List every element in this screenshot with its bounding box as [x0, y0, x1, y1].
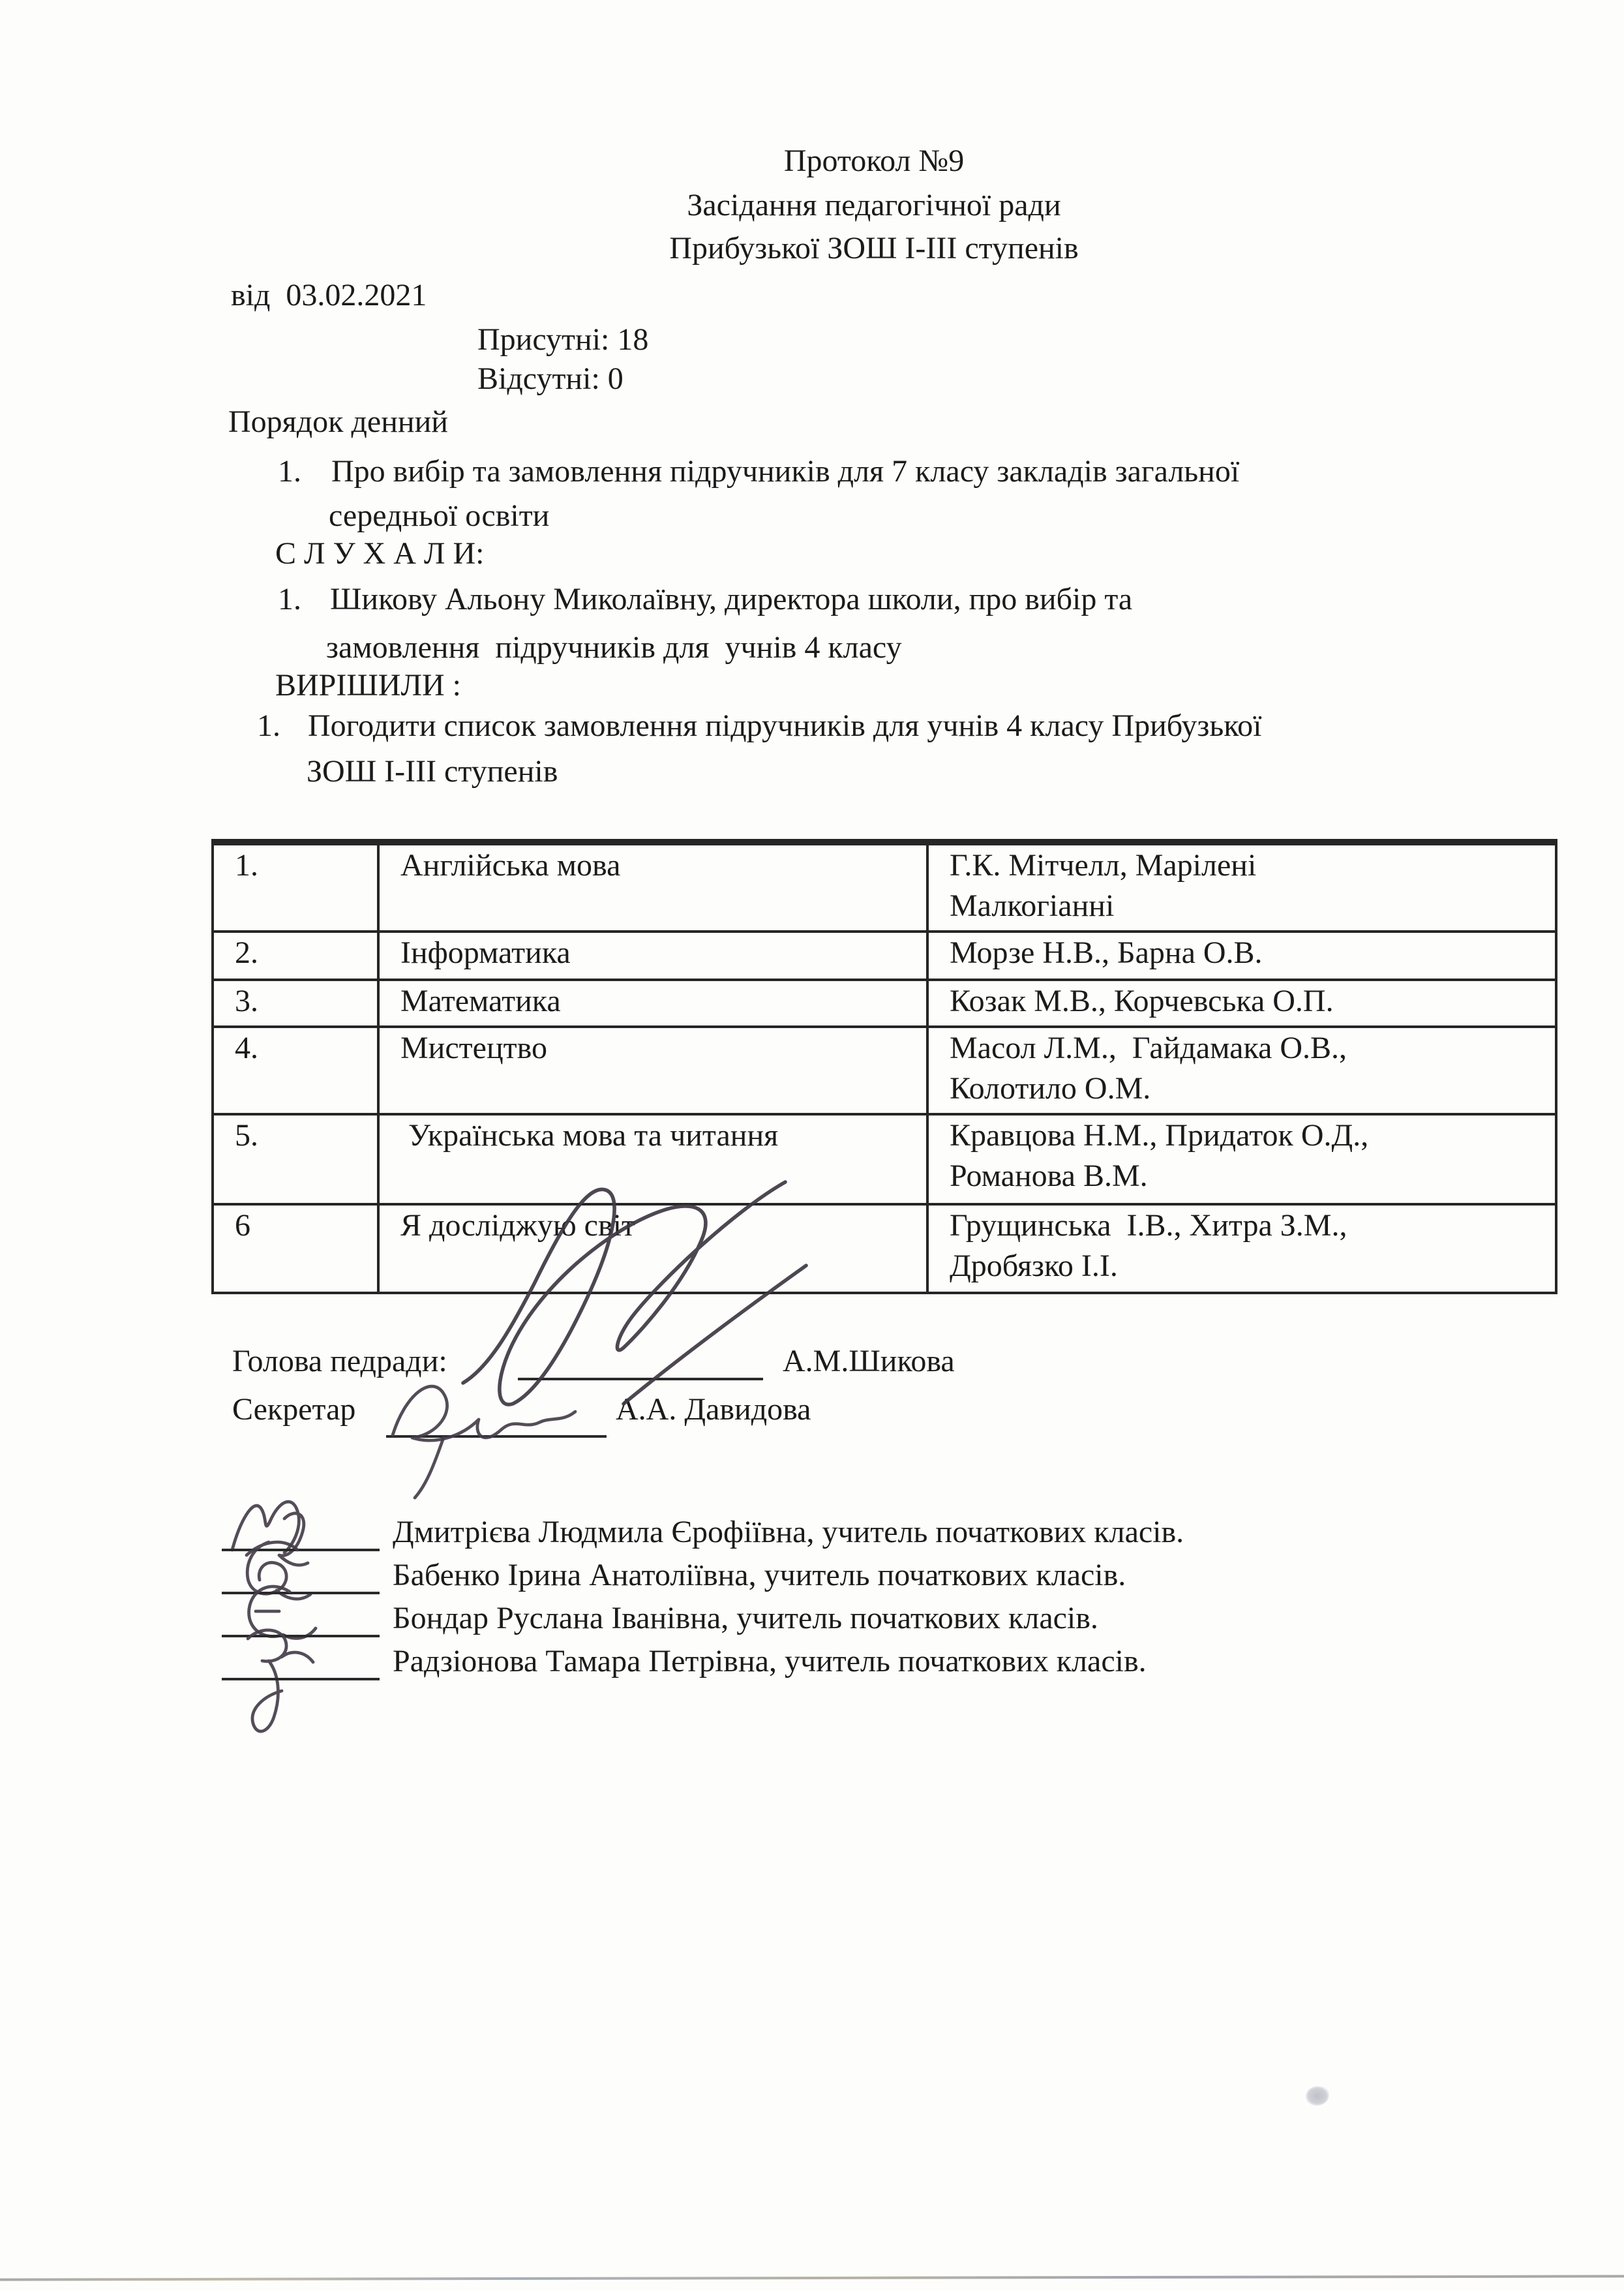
teacher-name: Дмитрієва Людмила Єрофіївна, учитель поч…	[393, 1512, 1184, 1555]
heard-item-number: 1.	[278, 579, 301, 622]
agenda-heading: Порядок денний	[228, 402, 448, 445]
authors-line: Масол Л.М., Гайдамака О.В.,	[950, 1029, 1547, 1069]
authors-line: Морзе Н.В., Барна О.В.	[950, 933, 1547, 974]
decided-item-text-line2: ЗОШ І-ІІІ ступенів	[307, 751, 558, 795]
authors-line: Грущинська І.В., Хитра З.М.,	[950, 1206, 1547, 1247]
table-row: 4. Мистецтво Масол Л.М., Гайдамака О.В.,…	[213, 1026, 1556, 1114]
authors-line: Козак М.В., Корчевська О.П.	[950, 982, 1547, 1022]
table-row: 1. Англійська мова Г.К. Мітчелл, Марілен…	[213, 842, 1556, 931]
doc-date: від 03.02.2021	[231, 275, 427, 318]
agenda-item-text-line1: Про вибір та замовлення підручників для …	[331, 451, 1239, 494]
decided-item-text-line1: Погодити список замовлення підручників д…	[308, 706, 1261, 749]
scan-smudge-artifact	[1306, 2086, 1329, 2106]
table-row: 5. Українська мова та читання Кравцова Н…	[213, 1114, 1556, 1204]
authors-line: Г.К. Мітчелл, Марілені	[950, 847, 1547, 887]
authors-line: Дробязко І.І.	[950, 1247, 1547, 1287]
present-count: Присутні: 18	[477, 320, 648, 363]
teacher-name: Бондар Руслана Іванівна, учитель початко…	[393, 1598, 1098, 1641]
cell-number: 6	[213, 1204, 378, 1292]
secretary-label: Секретар	[232, 1389, 355, 1433]
cell-authors: Кравцова Н.М., Придаток О.Д.,Романова В.…	[927, 1114, 1556, 1204]
textbooks-table: 1. Англійська мова Г.К. Мітчелл, Марілен…	[211, 839, 1557, 1294]
teacher-signature	[224, 1615, 407, 1746]
scanned-document-canvas: Протокол №9 Засідання педагогічної ради …	[0, 0, 1624, 2291]
cell-subject: Математика	[378, 979, 927, 1026]
scan-edge-line-artifact	[0, 2275, 1624, 2281]
authors-line: Кравцова Н.М., Придаток О.Д.,	[950, 1116, 1547, 1157]
cell-authors: Козак М.В., Корчевська О.П.	[927, 979, 1556, 1026]
secretary-signature	[369, 1354, 597, 1504]
cell-authors: Масол Л.М., Гайдамака О.В.,Колотило О.М.	[927, 1026, 1556, 1114]
protocol-page: Протокол №9 Засідання педагогічної ради …	[0, 0, 1624, 2291]
authors-line: Романова В.М.	[950, 1157, 1547, 1197]
doc-title-line1: Протокол №9	[417, 141, 1331, 184]
cell-authors: Г.К. Мітчелл, МаріленіМалкогіанні	[927, 842, 1556, 931]
doc-title-line2: Засідання педагогічної ради	[417, 185, 1331, 228]
heard-item-text-line2: замовлення підручників для учнів 4 класу	[326, 628, 902, 671]
absent-count: Відсутні: 0	[477, 359, 624, 402]
cell-authors: Грущинська І.В., Хитра З.М.,Дробязко І.І…	[927, 1204, 1556, 1292]
teacher-name: Радзіонова Тамара Петрівна, учитель поча…	[393, 1641, 1147, 1684]
decided-heading: ВИРІШИЛИ :	[275, 665, 461, 708]
teacher-name: Бабенко Ірина Анатоліївна, учитель почат…	[393, 1555, 1126, 1598]
cell-number: 5.	[213, 1114, 378, 1204]
table-row: 3. Математика Козак М.В., Корчевська О.П…	[213, 979, 1556, 1026]
teacher-signature-line	[222, 1678, 380, 1680]
decided-item-number: 1.	[257, 706, 280, 749]
cell-subject: Інформатика	[378, 931, 927, 979]
agenda-item-text-line2: середньої освіти	[329, 496, 549, 539]
cell-number: 4.	[213, 1026, 378, 1114]
table-row: 6 Я досліджую світ Грущинська І.В., Хитр…	[213, 1204, 1556, 1292]
cell-number: 1.	[213, 842, 378, 931]
authors-line: Колотило О.М.	[950, 1069, 1547, 1110]
doc-title-line3: Прибузької ЗОШ І-ІІІ ступенів	[417, 228, 1331, 271]
heard-item-text-line1: Шикову Альону Миколаївну, директора школ…	[330, 579, 1132, 622]
cell-number: 3.	[213, 979, 378, 1026]
table-row: 2. Інформатика Морзе Н.В., Барна О.В.	[213, 931, 1556, 979]
cell-number: 2.	[213, 931, 378, 979]
cell-authors: Морзе Н.В., Барна О.В.	[927, 931, 1556, 979]
authors-line: Малкогіанні	[950, 887, 1547, 928]
cell-subject: Англійська мова	[378, 842, 927, 931]
cell-subject: Мистецтво	[378, 1026, 927, 1114]
agenda-item-number: 1.	[278, 451, 301, 494]
heard-heading: С Л У Х А Л И:	[275, 534, 484, 577]
